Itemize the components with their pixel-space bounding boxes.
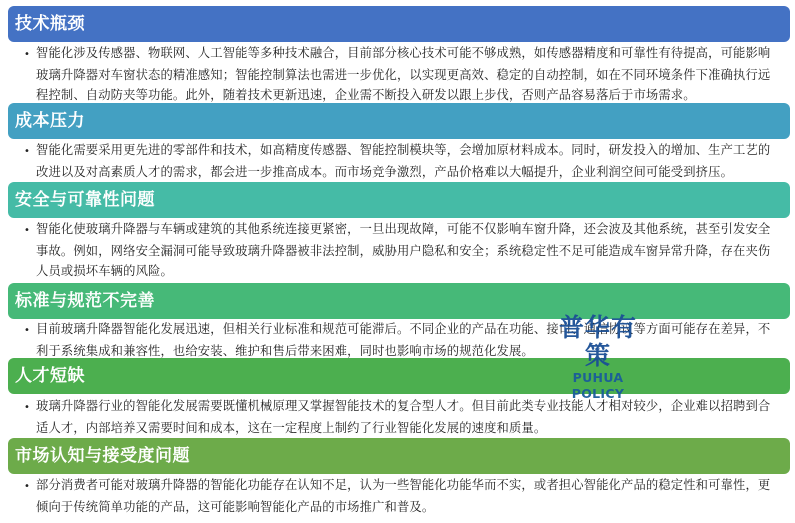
section-header-tech-bottleneck: 技术瓶颈 <box>8 6 790 42</box>
section-text: 目前玻璃升降器智能化发展迅速，但相关行业标准和规范可能滞后。不同企业的产品在功能… <box>36 322 770 358</box>
section-body-cost-pressure: •智能化需要采用更先进的零部件和技术，如高精度传感器、智能控制模块等，会增加原材… <box>30 140 782 182</box>
section-text: 智能化需要采用更先进的零部件和技术，如高精度传感器、智能控制模块等，会增加原材料… <box>36 143 770 179</box>
section-header-standards: 标准与规范不完善 <box>8 283 790 319</box>
section-body-market-acceptance: •部分消费者可能对玻璃升降器的智能化功能存在认知不足，认为一些智能化功能华而不实… <box>30 475 782 517</box>
section-header-cost-pressure: 成本压力 <box>8 103 790 139</box>
section-text: 玻璃升降器行业的智能化发展需要既懂机械原理又掌握智能技术的复合型人才。但目前此类… <box>36 399 770 435</box>
section-header-market-acceptance: 市场认知与接受度问题 <box>8 438 790 474</box>
section-header-safety-reliability: 安全与可靠性问题 <box>8 182 790 218</box>
section-text: 智能化使玻璃升降器与车辆或建筑的其他系统连接更紧密，一旦出现故障，可能不仅影响车… <box>36 222 770 278</box>
section-body-talent-shortage: •玻璃升降器行业的智能化发展需要既懂机械原理又掌握智能技术的复合型人才。但目前此… <box>30 396 782 438</box>
section-body-standards: •目前玻璃升降器智能化发展迅速，但相关行业标准和规范可能滞后。不同企业的产品在功… <box>30 319 782 361</box>
section-body-tech-bottleneck: •智能化涉及传感器、物联网、人工智能等多种技术融合，目前部分核心技术可能不够成熟… <box>30 43 782 105</box>
section-text: 智能化涉及传感器、物联网、人工智能等多种技术融合，目前部分核心技术可能不够成熟，… <box>36 46 770 102</box>
section-body-safety-reliability: •智能化使玻璃升降器与车辆或建筑的其他系统连接更紧密，一旦出现故障，可能不仅影响… <box>30 219 782 281</box>
section-text: 部分消费者可能对玻璃升降器的智能化功能存在认知不足，认为一些智能化功能华而不实，… <box>36 478 770 514</box>
section-header-talent-shortage: 人才短缺 <box>8 358 790 394</box>
